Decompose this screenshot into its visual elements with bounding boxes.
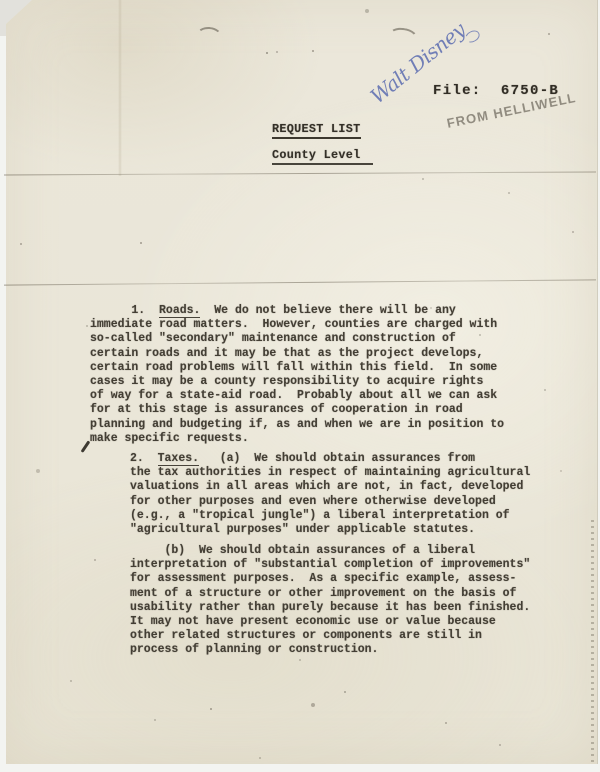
typed-line: process of planning or construction.	[130, 643, 530, 657]
typed-line: interpretation of "substantial completio…	[130, 558, 530, 572]
typed-line: for assessment purposes. As a specific e…	[130, 572, 530, 586]
typed-line: "agricultural purposes" under applicable…	[130, 523, 530, 537]
typed-line: ment of a structure or other improvement…	[130, 587, 530, 601]
typed-line: It may not have present economic use or …	[130, 615, 530, 629]
typed-line: planning and budgeting if, as and when w…	[90, 418, 504, 432]
paragraph-taxes-b: (b) We should obtain assurances of a lib…	[130, 544, 530, 658]
typed-line: cases it may be a county responsibility …	[90, 375, 504, 389]
typed-line: valuations in all areas which are not, i…	[130, 480, 530, 494]
typed-line: immediate road matters. However, countie…	[90, 318, 504, 332]
scanned-document-page: Walt Disney File: 6750-B FROM HELLIWELL …	[0, 0, 600, 772]
typed-line: usability rather than purely because it …	[130, 601, 530, 615]
typed-line: so-called "secondary" maintenance and co…	[90, 332, 504, 346]
typed-line: the tax authorities in respect of mainta…	[130, 466, 530, 480]
document-subtitle: County Level	[272, 148, 373, 165]
typed-line: certain road problems will fall within t…	[90, 361, 504, 375]
typed-line: for at this stage is assurances of coope…	[90, 403, 504, 417]
document-title: REQUEST LIST	[272, 122, 361, 139]
typed-line: 1. Roads. We do not believe there will b…	[90, 304, 504, 318]
typed-line: of way for a state-aid road. Probably ab…	[90, 389, 504, 403]
paper-speck-artifacts	[0, 0, 2, 2]
typed-line: (b) We should obtain assurances of a lib…	[130, 544, 530, 558]
typed-line: other related structures or components a…	[130, 629, 530, 643]
paper-edge-artifact	[591, 520, 594, 764]
paragraph-taxes-a: 2. Taxes. (a) We should obtain assurance…	[130, 452, 530, 537]
typed-line: for other purposes and even where otherw…	[130, 495, 530, 509]
typed-line: make specific requests.	[90, 432, 504, 446]
typed-line: 2. Taxes. (a) We should obtain assurance…	[130, 452, 530, 466]
typed-line: certain roads and it may be that as the …	[90, 347, 504, 361]
paragraph-roads: 1. Roads. We do not believe there will b…	[90, 304, 504, 446]
typed-line: (e.g., a "tropical jungle") a liberal in…	[130, 509, 530, 523]
vertical-fold-shadow	[118, 0, 122, 176]
